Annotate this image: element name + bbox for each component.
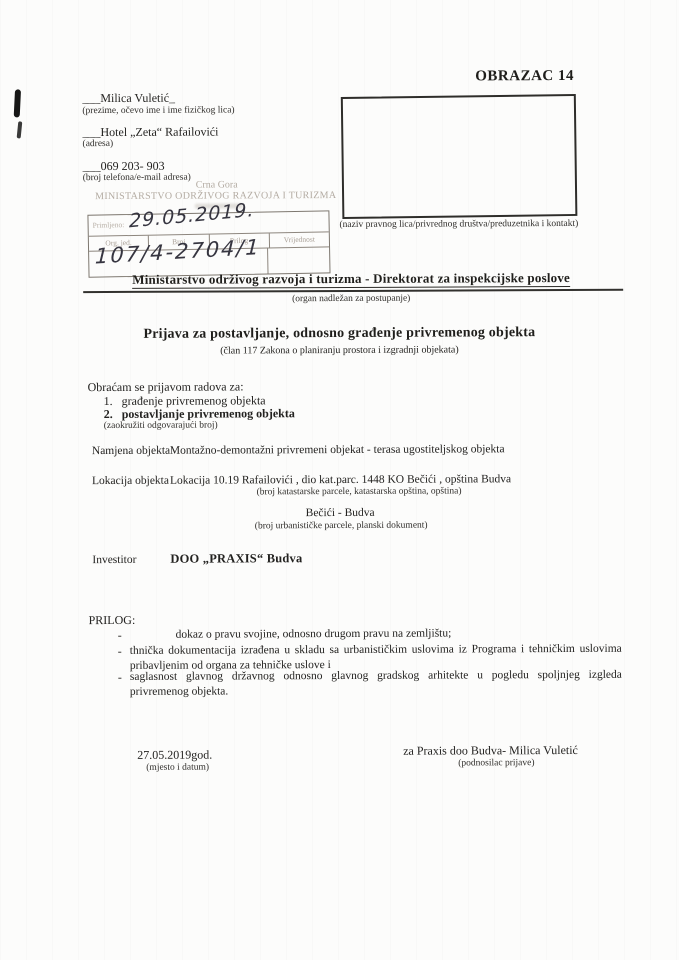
option-label: postavljanje privremenog objekta [122, 406, 295, 421]
attachment-dash: - [118, 644, 122, 659]
purpose-label: Namjena objekta [92, 444, 170, 458]
location-value: Lokacija 10.19 Rafailovići , dio kat.par… [170, 472, 511, 487]
attachment-dash: - [118, 628, 122, 643]
stamp-value-cell [268, 247, 329, 273]
applicant-address-field: ___Hotel „Zeta“ Rafailovići [82, 125, 218, 140]
option-number: 2. [104, 407, 113, 421]
attachment-item: dokaz o pravu svojine, odnosno drugom pr… [176, 627, 452, 642]
scanned-form-page: ___Milica Vuletić_ (prezime, očevo ime i… [0, 0, 679, 960]
investor-label: Investitor [92, 553, 136, 567]
authority-caption: (organ nadležan za postupanje) [77, 293, 625, 306]
attachment-dash: - [118, 670, 122, 685]
authority-name: Ministarstvo održivog razvoja i turizma … [132, 270, 570, 289]
stamp-country: Crna Gora [147, 179, 287, 191]
stamp-ministry: MINISTARSTVO ODRŽIVOG RAZVOJA I TURIZMA [87, 190, 345, 202]
purpose-value: Montažno-demontažni privremeni objekat -… [170, 442, 505, 457]
stamp-received-label: Primljeno: [93, 220, 125, 230]
location-label: Lokacija objekta [92, 474, 169, 488]
applicant-name-field: ___Milica Vuletić_ [82, 91, 175, 105]
ink-mark [17, 121, 23, 138]
location-caption: (broj katastarske parcele, katastarska o… [228, 486, 490, 498]
investor-value: DOO „PRAXIS“ Budva [170, 551, 302, 566]
attachments-label: PRILOG: [89, 613, 136, 627]
applicant-name-caption: (prezime, očevo ime i ime fizičkog lica) [82, 105, 234, 117]
attachment-item: saglasnost glavnog državnog odnosno glav… [130, 668, 622, 700]
footer-place-date: 27.05.2019god. [137, 748, 212, 762]
planning-value: Bečići - Budva [240, 506, 440, 521]
footer-signatory: za Praxis doo Budva- Milica Vuletić [403, 743, 578, 758]
footer-place-date-caption: (mjesto i datum) [146, 763, 209, 774]
request-note: (zaokružiti odgovarajući broj) [104, 421, 218, 432]
footer-signatory-caption: (podnosilac prijave) [458, 758, 534, 769]
applicant-phone-field: ___069 203- 903 [83, 159, 165, 173]
form-title: Prijava za postavljanje, odnosno građenj… [39, 325, 639, 344]
option-number: 1. [104, 394, 113, 408]
authority-line: Ministarstvo održivog razvoja i turizma … [77, 270, 625, 288]
planning-caption: (broj urbanističke parcele, planski doku… [210, 520, 472, 532]
paper-sheet: ___Milica Vuletić_ (prezime, očevo ime i… [0, 0, 679, 960]
applicant-address-caption: (adresa) [83, 139, 114, 150]
ink-mark [14, 89, 21, 117]
form-code: OBRAZAC 14 [475, 68, 574, 85]
request-option-2: 2. postavljanje privremenog objekta [104, 406, 295, 421]
form-title-caption: (član 117 Zakona o planiranju prostora i… [39, 344, 639, 358]
legal-entity-box-caption: (naziv pravnog lica/privrednog društva/p… [339, 219, 579, 231]
request-intro: Obraćam se prijavom radova za: [88, 379, 244, 394]
legal-entity-box [341, 94, 578, 219]
stamp-col-header: Vrijednost [270, 232, 329, 247]
